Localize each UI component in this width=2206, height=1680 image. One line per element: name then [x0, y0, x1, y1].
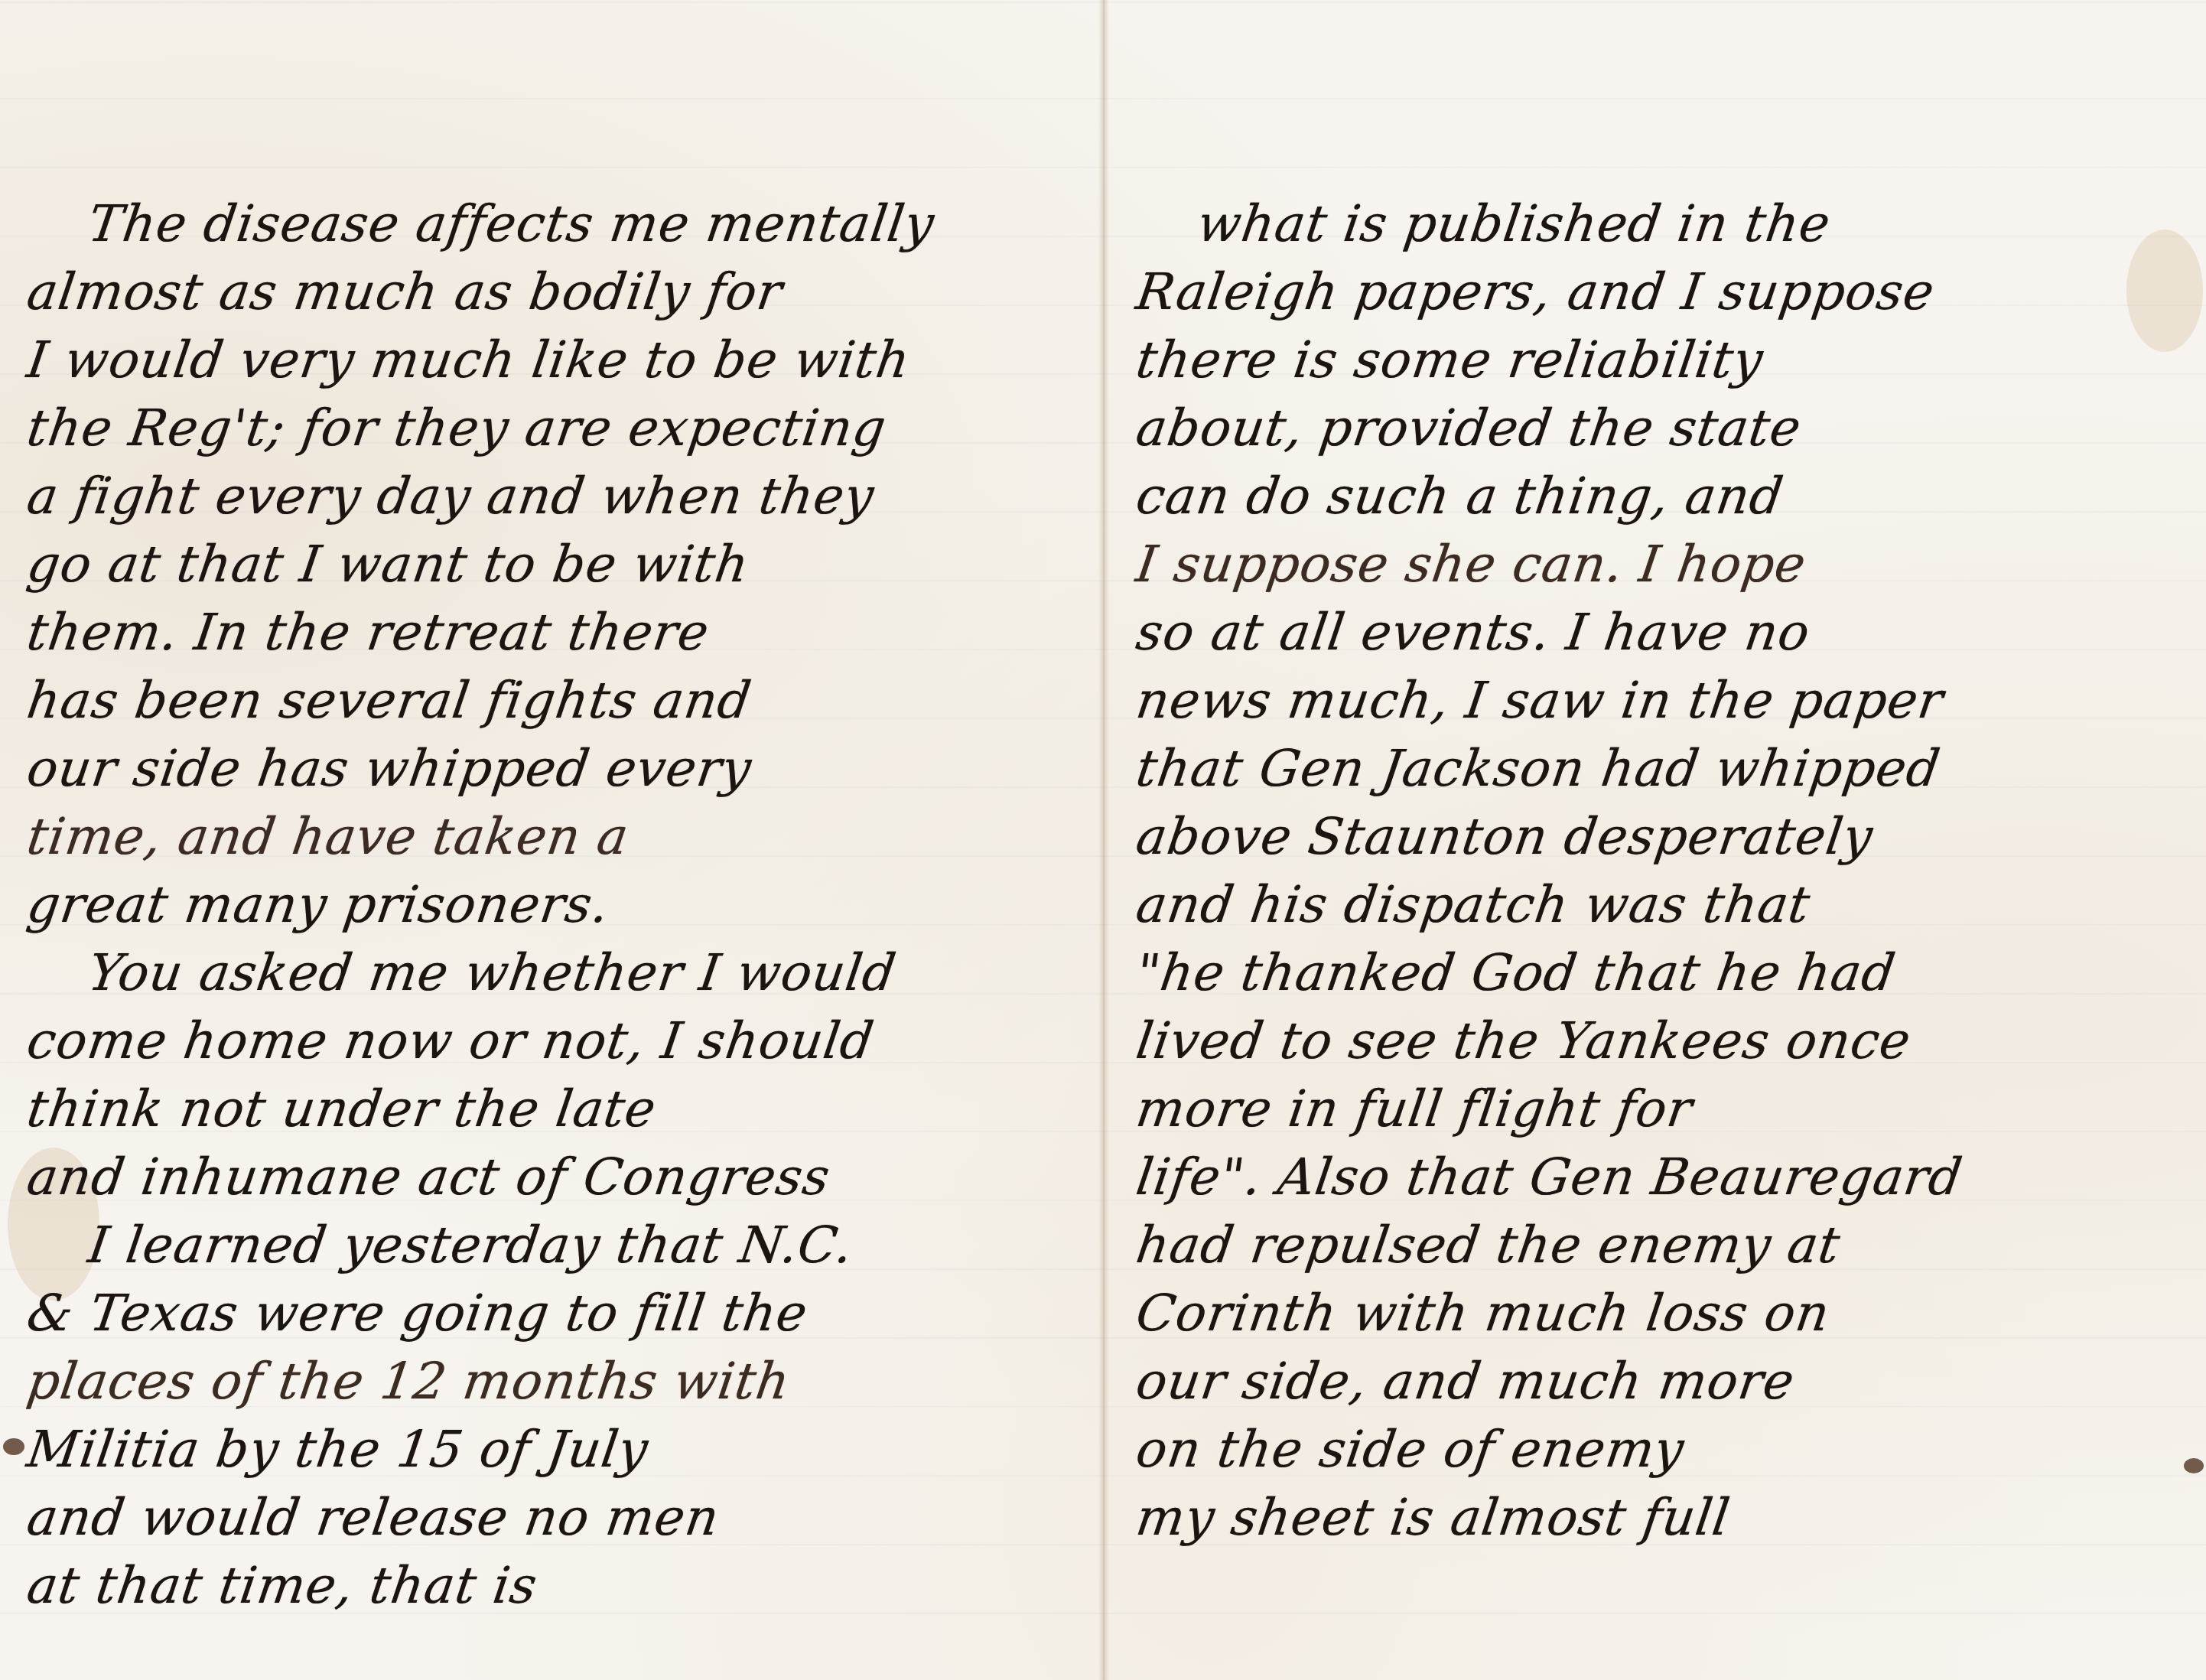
text-line: on the side of enemy [1132, 1415, 2206, 1483]
text-line: Raleigh papers, and I suppose [1132, 258, 2206, 326]
text-line: lived to see the Yankees once [1132, 1007, 2206, 1075]
text-line: and inhumane act of Congress [23, 1143, 1104, 1211]
text-line: that Gen Jackson had whipped [1132, 734, 2206, 803]
text-line: can do such a thing, and [1132, 462, 2206, 530]
text-line: think not under the late [23, 1075, 1104, 1143]
text-line: "he thanked God that he had [1132, 939, 2206, 1007]
text-line: a fight every day and when they [23, 462, 1104, 530]
text-line: The disease affects me mentally [23, 190, 1104, 258]
text-line: has been several fights and [23, 666, 1104, 734]
text-line: I learned yesterday that N.C. [23, 1211, 1104, 1279]
text-line: Militia by the 15 of July [23, 1415, 1104, 1483]
text-line: about, provided the state [1132, 394, 2206, 462]
letter-sheet: The disease affects me mentally almost a… [0, 0, 2206, 1680]
text-line: great many prisoners. [23, 871, 1104, 939]
text-line: news much, I saw in the paper [1132, 666, 2206, 734]
text-line: and would release no men [23, 1483, 1104, 1551]
text-line: Corinth with much loss on [1132, 1279, 2206, 1347]
text-line: so at all events. I have no [1132, 598, 2206, 666]
text-line: time, and have taken a [23, 803, 1104, 871]
text-line: go at that I want to be with [23, 530, 1104, 598]
text-line: places of the 12 months with [23, 1347, 1104, 1415]
text-line: You asked me whether I would [23, 939, 1104, 1007]
right-page: what is published in the Raleigh papers,… [1132, 190, 2203, 1551]
text-line: and his dispatch was that [1132, 871, 2206, 939]
text-line: I suppose she can. I hope [1132, 530, 2206, 598]
text-line: my sheet is almost full [1132, 1483, 2206, 1551]
text-line: more in full flight for [1132, 1075, 2206, 1143]
text-line: at that time, that is [23, 1551, 1104, 1620]
left-page: The disease affects me mentally almost a… [23, 190, 1094, 1620]
text-line: had repulsed the enemy at [1132, 1211, 2206, 1279]
text-line: our side, and much more [1132, 1347, 2206, 1415]
text-line: them. In the retreat there [23, 598, 1104, 666]
text-line: I would very much like to be with [23, 326, 1104, 394]
text-line: above Staunton desperately [1132, 803, 2206, 871]
text-line: our side has whipped every [23, 734, 1104, 803]
text-line: what is published in the [1132, 190, 2206, 258]
text-line: almost as much as bodily for [23, 258, 1104, 326]
text-line: life". Also that Gen Beauregard [1132, 1143, 2206, 1211]
text-line: come home now or not, I should [23, 1007, 1104, 1075]
ink-blot [3, 1438, 24, 1455]
text-line: the Reg't; for they are expecting [23, 394, 1104, 462]
text-line: there is some reliability [1132, 326, 2206, 394]
text-line: & Texas were going to fill the [23, 1279, 1104, 1347]
